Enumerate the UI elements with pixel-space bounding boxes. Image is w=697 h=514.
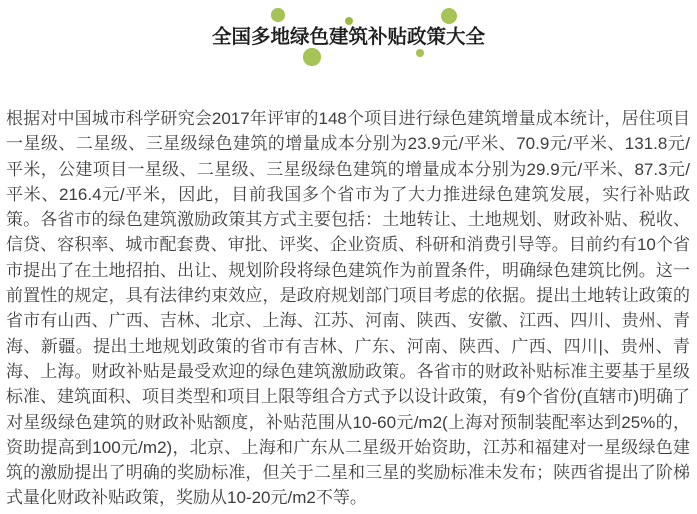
- article-line: 筑的激励提出了明确的奖励标准，但关于二星和三星的奖励标准未发布；陕西省提出了阶梯: [6, 460, 690, 485]
- article-line: 策。各省市的绿色建筑激励政策其方式主要包括：土地转让、土地规划、财政补贴、税收、: [6, 207, 690, 232]
- article-line: 平米、216.4元/平米，因此，目前我国多个省市为了大力推进绿色建筑发展，实行补…: [6, 182, 690, 207]
- page-title: 全国多地绿色建筑补贴政策大全: [0, 0, 697, 48]
- header: 全国多地绿色建筑补贴政策大全: [0, 0, 697, 75]
- article-line: 平米，公建项目一星级、二星级、三星级绿色建筑的增量成本分别为29.9元/平米、8…: [6, 157, 690, 182]
- article-line: 式量化财政补贴政策，奖励从10-20元/m2不等。: [6, 485, 690, 510]
- article-line: 信贷、容积率、城市配套费、审批、评奖、企业资质、科研和消费引导等。目前约有10个…: [6, 232, 690, 257]
- article-line: 对星级绿色建筑的财政补贴额度，补贴范围从10-60元/m2(上海对预制装配率达到…: [6, 410, 690, 435]
- article-line: 一星级、二星级、三星级绿色建筑的增量成本分别为23.9元/平米、70.9元/平米…: [6, 131, 690, 156]
- article-line: 资助提高到100元/m2)，北京、上海和广东从二星级开始资助，江苏和福建对一星级…: [6, 435, 690, 460]
- article-line: 根据对中国城市科学研究会2017年评审的148个项目进行绿色建筑增量成本统计，居…: [6, 106, 690, 131]
- page: 全国多地绿色建筑补贴政策大全 根据对中国城市科学研究会2017年评审的148个项…: [0, 0, 697, 514]
- article-line: 市提出了在土地招拍、出让、规划阶段将绿色建筑作为前置条件，明确绿色建筑比例。这一: [6, 258, 690, 283]
- decorative-dot: [303, 48, 320, 65]
- article-line: 省市有山西、广西、吉林、北京、上海、江苏、河南、陕西、安徽、江西、四川、贵州、青: [6, 308, 690, 333]
- article-body: 根据对中国城市科学研究会2017年评审的148个项目进行绿色建筑增量成本统计，居…: [0, 106, 697, 511]
- article-line: 标准、建筑面积、项目类型和项目上限等组合方式予以设计政策，有9个省份(直辖市)明…: [6, 384, 690, 409]
- article-line: 海、上海。财政补贴是最受欢迎的绿色建筑激励政策。各省市的财政补贴标准主要基于星级: [6, 359, 690, 384]
- article-line: 前置性的规定，具有法律约束效应，是政府规划部门项目考虑的依据。提出土地转让政策的: [6, 283, 690, 308]
- article-line: 海、新疆。提出土地规划政策的省市有吉林、广东、河南、陕西、广西、四川|、贵州、青: [6, 334, 690, 359]
- decorative-dot: [416, 49, 424, 57]
